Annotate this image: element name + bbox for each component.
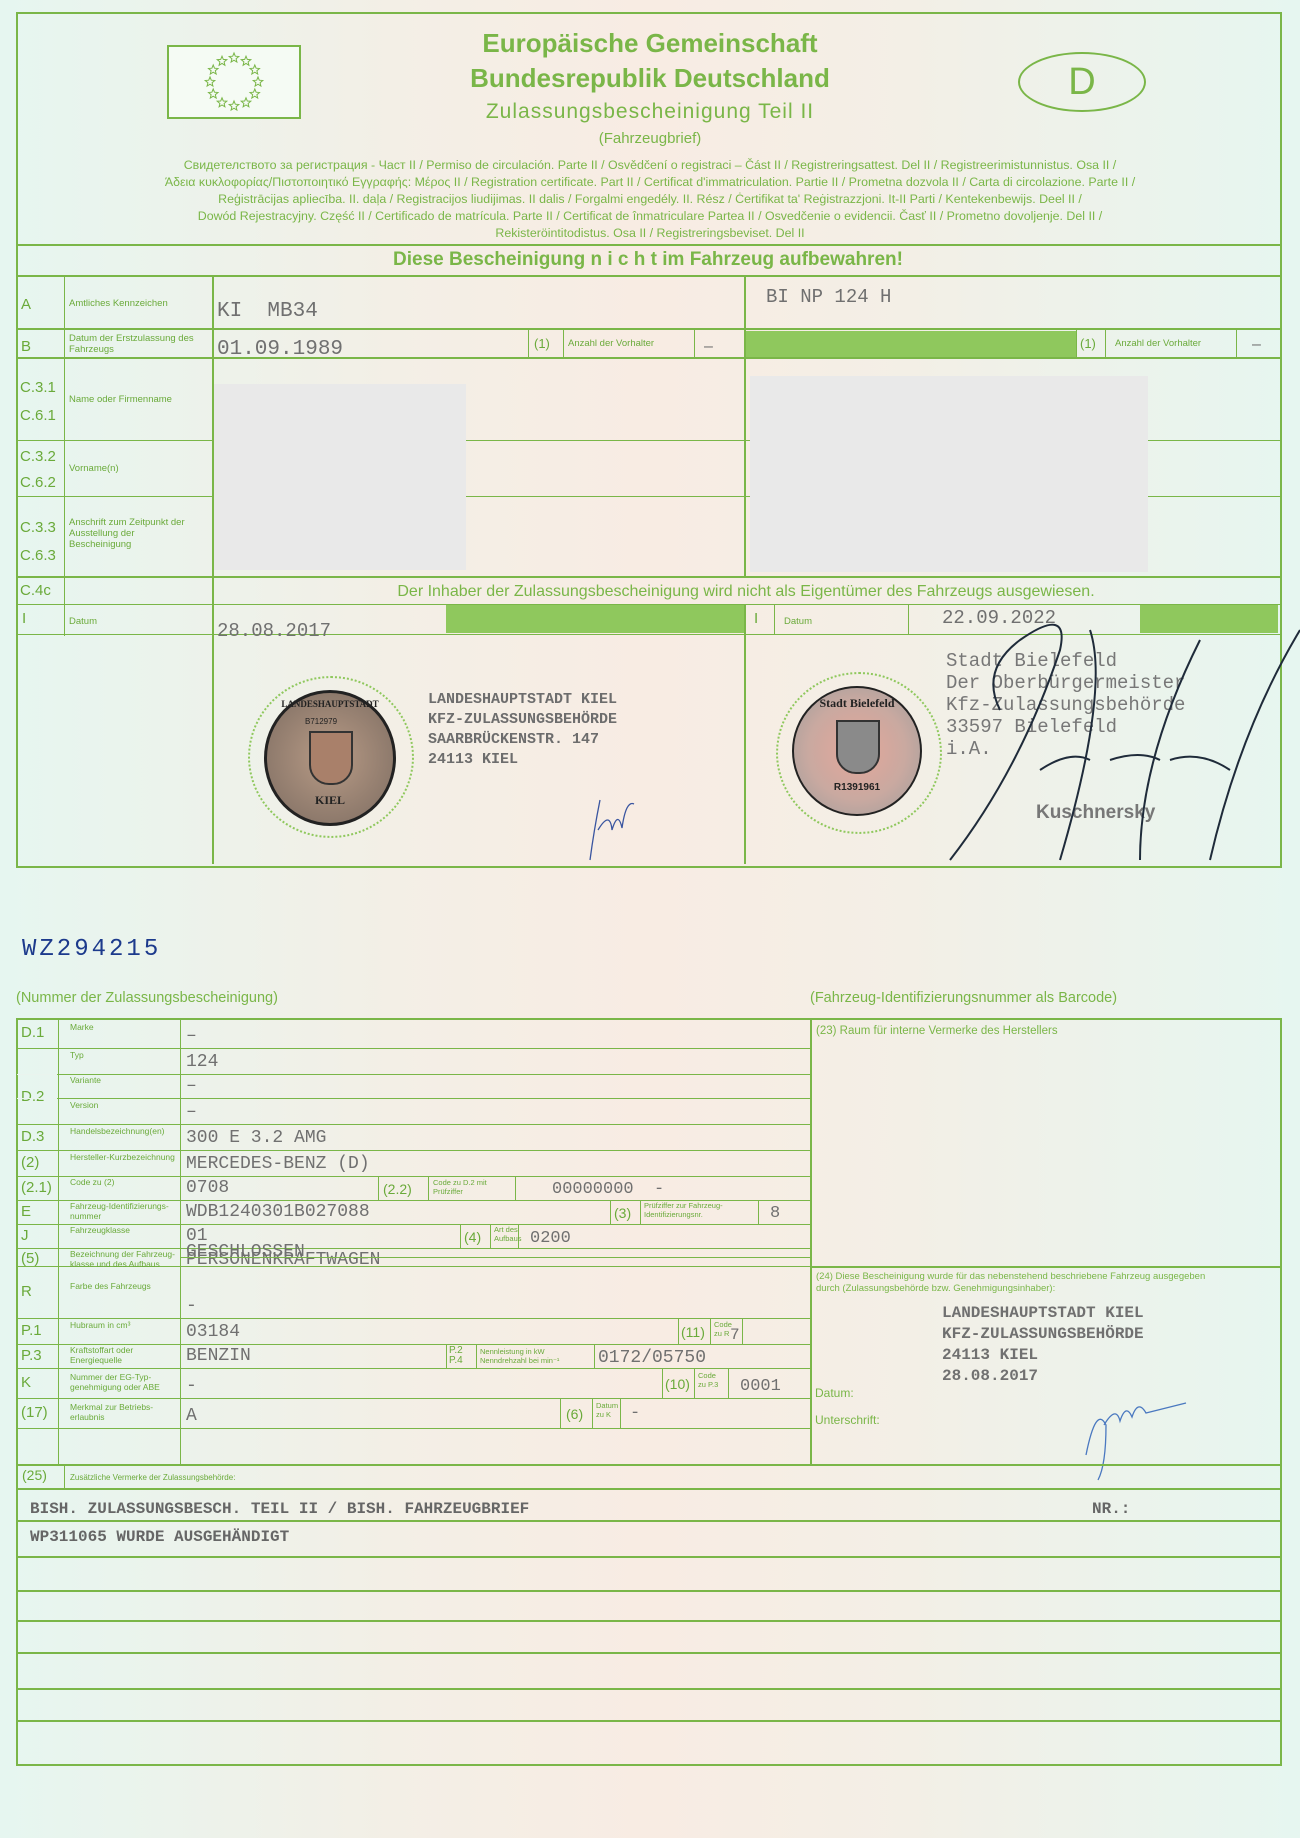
country-code: D bbox=[1068, 61, 1095, 103]
p2-label: Version bbox=[70, 1100, 178, 1110]
p2-label: Farbe des Fahrzeugs bbox=[70, 1281, 178, 1291]
code-C4c: C.4c bbox=[20, 582, 51, 599]
p2-code: R bbox=[21, 1283, 32, 1300]
p2-value2: GESCHLOSSEN bbox=[186, 1242, 305, 1262]
p2-label: Hubraum in cm³ bbox=[70, 1320, 178, 1330]
p2-code: E bbox=[21, 1203, 31, 1220]
p2-value: 0708 bbox=[186, 1178, 229, 1198]
label-kennzeichen: Amtliches Kennzeichen bbox=[69, 298, 209, 309]
label-erstzulassung: Datum der Erstzulassung des Fahrzeugs bbox=[69, 333, 209, 355]
p2-label: Marke bbox=[70, 1022, 178, 1032]
datum-value-left: 28.08.2017 bbox=[217, 620, 331, 642]
vorhalter-value-left: – bbox=[704, 338, 713, 356]
p2-value: BENZIN bbox=[186, 1346, 251, 1366]
kiel-seal: B712979 KIEL LANDESHAUPTSTADT bbox=[248, 676, 414, 838]
field24-signature-label: Unterschrift: bbox=[815, 1413, 880, 1427]
redacted-owner-left bbox=[214, 384, 466, 570]
kennzeichen-value: KI MB34 bbox=[217, 300, 318, 323]
p2-code-D2: D.2 bbox=[21, 1088, 44, 1105]
translations: Свидетелството за регистрация - Част II … bbox=[40, 157, 1260, 242]
erstzulassung-value: 01.09.1989 bbox=[217, 338, 343, 361]
kiel-seal-top: LANDESHAUPTSTADT bbox=[267, 699, 393, 709]
label-anschrift: Anschrift zum Zeitpunkt der Ausstellung … bbox=[69, 517, 189, 550]
field25-nr: NR.: bbox=[1092, 1500, 1130, 1518]
code-C31: C.3.1 C.6.1 bbox=[20, 374, 56, 430]
p2-label: Variante bbox=[70, 1075, 178, 1085]
p2-value: – bbox=[186, 1076, 197, 1096]
p2-code: (2) bbox=[21, 1154, 39, 1171]
p2-value: 03184 bbox=[186, 1322, 240, 1342]
code-C32: C.3.2 C.6.2 bbox=[20, 444, 56, 496]
cert-number: WZ294215 bbox=[22, 936, 161, 963]
code-C33: C.3.3 C.6.3 bbox=[20, 514, 56, 570]
cert-number-label: (Nummer der Zulassungsbescheinigung) bbox=[16, 990, 278, 1006]
p2-label: Hersteller-Kurzbezeichnung bbox=[70, 1152, 178, 1162]
country-oval: D bbox=[1018, 52, 1146, 112]
datum-label-right: Datum bbox=[784, 616, 812, 627]
p2-code: (17) bbox=[21, 1404, 48, 1421]
label-vorname: Vorname(n) bbox=[69, 463, 209, 474]
signature-right bbox=[940, 610, 1300, 880]
p2-value: – bbox=[186, 1026, 197, 1046]
datum-code-right: I bbox=[754, 610, 758, 627]
title-eu: Europäische Gemeinschaft bbox=[400, 28, 900, 59]
field25-line1: BISH. ZULASSUNGSBESCH. TEIL II / BISH. F… bbox=[30, 1500, 529, 1518]
doc-subtitle: (Fahrzeugbrief) bbox=[400, 130, 900, 147]
p2-label: Handelsbezeichnung(en) bbox=[70, 1126, 178, 1136]
p2-value: MERCEDES-BENZ (D) bbox=[186, 1154, 370, 1174]
p2-label: Code zu (2) bbox=[70, 1177, 178, 1187]
p2-code: D.1 bbox=[21, 1024, 44, 1041]
bielefeld-seal-text: Stadt Bielefeld bbox=[794, 696, 920, 711]
p2-label: Typ bbox=[70, 1050, 178, 1060]
p2-value: 300 E 3.2 AMG bbox=[186, 1128, 326, 1148]
field25-code: (25) bbox=[22, 1467, 47, 1483]
p2-code: D.3 bbox=[21, 1128, 44, 1145]
field24-label: (24) Diese Bescheinigung wurde für das n… bbox=[816, 1271, 1216, 1295]
vorhalter-code-left: (1) bbox=[534, 336, 550, 351]
field24-issuer: LANDESHAUPTSTADT KIEL KFZ-ZULASSUNGSBEHÖ… bbox=[942, 1303, 1144, 1387]
p2-code: (5) bbox=[21, 1250, 39, 1267]
coat-of-arms-icon bbox=[836, 720, 880, 774]
p2-code: K bbox=[21, 1374, 31, 1391]
p2-value: 124 bbox=[186, 1052, 218, 1072]
authority-left: LANDESHAUPTSTADT KIEL KFZ-ZULASSUNGSBEHÖ… bbox=[428, 690, 617, 770]
title-country: Bundesrepublik Deutschland bbox=[400, 63, 900, 94]
vorhalter-label-right: Anzahl der Vorhalter bbox=[1115, 338, 1201, 349]
eu-flag-icon bbox=[167, 45, 301, 119]
p2-label: Merkmal zur Betriebs-erlaubnis bbox=[70, 1402, 178, 1422]
code-B: B bbox=[21, 338, 31, 355]
doc-title: Zulassungsbescheinigung Teil II bbox=[400, 100, 900, 124]
barcode-label: (Fahrzeug-Identifizierungsnummer als Bar… bbox=[810, 990, 1117, 1006]
label-name: Name oder Firmenname bbox=[69, 394, 209, 405]
p2-label: Fahrzeug-Identifizierungs-nummer bbox=[70, 1201, 178, 1221]
signature-left bbox=[580, 790, 640, 870]
signature-field24 bbox=[1076, 1385, 1196, 1485]
field25-line2: WP311065 WURDE AUSGEHÄNDIGT bbox=[30, 1528, 289, 1546]
p2-label: Nummer der EG-Typ-genehmigung oder ABE bbox=[70, 1372, 178, 1392]
p2-code: P.3 bbox=[21, 1347, 42, 1364]
code-A: A bbox=[21, 296, 31, 313]
vorhalter-label-left: Anzahl der Vorhalter bbox=[568, 338, 654, 349]
shield-icon bbox=[309, 731, 353, 785]
p2-value: WDB1240301B027088 bbox=[186, 1202, 370, 1222]
bielefeld-seal: Stadt Bielefeld R1391961 bbox=[776, 672, 942, 834]
kiel-seal-bottom: KIEL bbox=[267, 793, 393, 808]
p2-code: (2.1) bbox=[21, 1179, 52, 1196]
kiel-seal-number: B712979 bbox=[305, 717, 337, 726]
p2-value: A bbox=[186, 1406, 197, 1426]
p2-value: – bbox=[186, 1102, 197, 1122]
vorhalter-value-right: – bbox=[1252, 336, 1261, 354]
label-datum: Datum bbox=[69, 616, 97, 627]
p2-value: - bbox=[186, 1376, 197, 1396]
code-I: I bbox=[22, 610, 26, 627]
p2-label: Kraftstoffart oder Energiequelle bbox=[70, 1345, 178, 1365]
vorhalter-code-right: (1) bbox=[1080, 336, 1096, 351]
kennzeichen-value-right: BI NP 124 H bbox=[766, 286, 891, 308]
p2-label: Fahrzeugklasse bbox=[70, 1225, 178, 1235]
field23-label: (23) Raum für interne Vermerke des Herst… bbox=[816, 1025, 1058, 1037]
redacted-owner-right bbox=[750, 376, 1148, 572]
warning-banner: Diese Bescheinigung n i c h t im Fahrzeu… bbox=[16, 249, 1280, 271]
p2-value: - bbox=[186, 1296, 197, 1316]
p2-code: J bbox=[21, 1227, 29, 1244]
bielefeld-seal-number: R1391961 bbox=[794, 782, 920, 793]
p2-code: P.1 bbox=[21, 1322, 42, 1339]
owner-note: Der Inhaber der Zulassungsbescheinigung … bbox=[214, 583, 1278, 601]
p2-label: Bezeichnung der Fahrzeug-klasse und des … bbox=[70, 1249, 178, 1269]
field25-label: Zusätzliche Vermerke der Zulassungsbehör… bbox=[70, 1472, 235, 1483]
field24-datum-label: Datum: bbox=[815, 1386, 854, 1400]
